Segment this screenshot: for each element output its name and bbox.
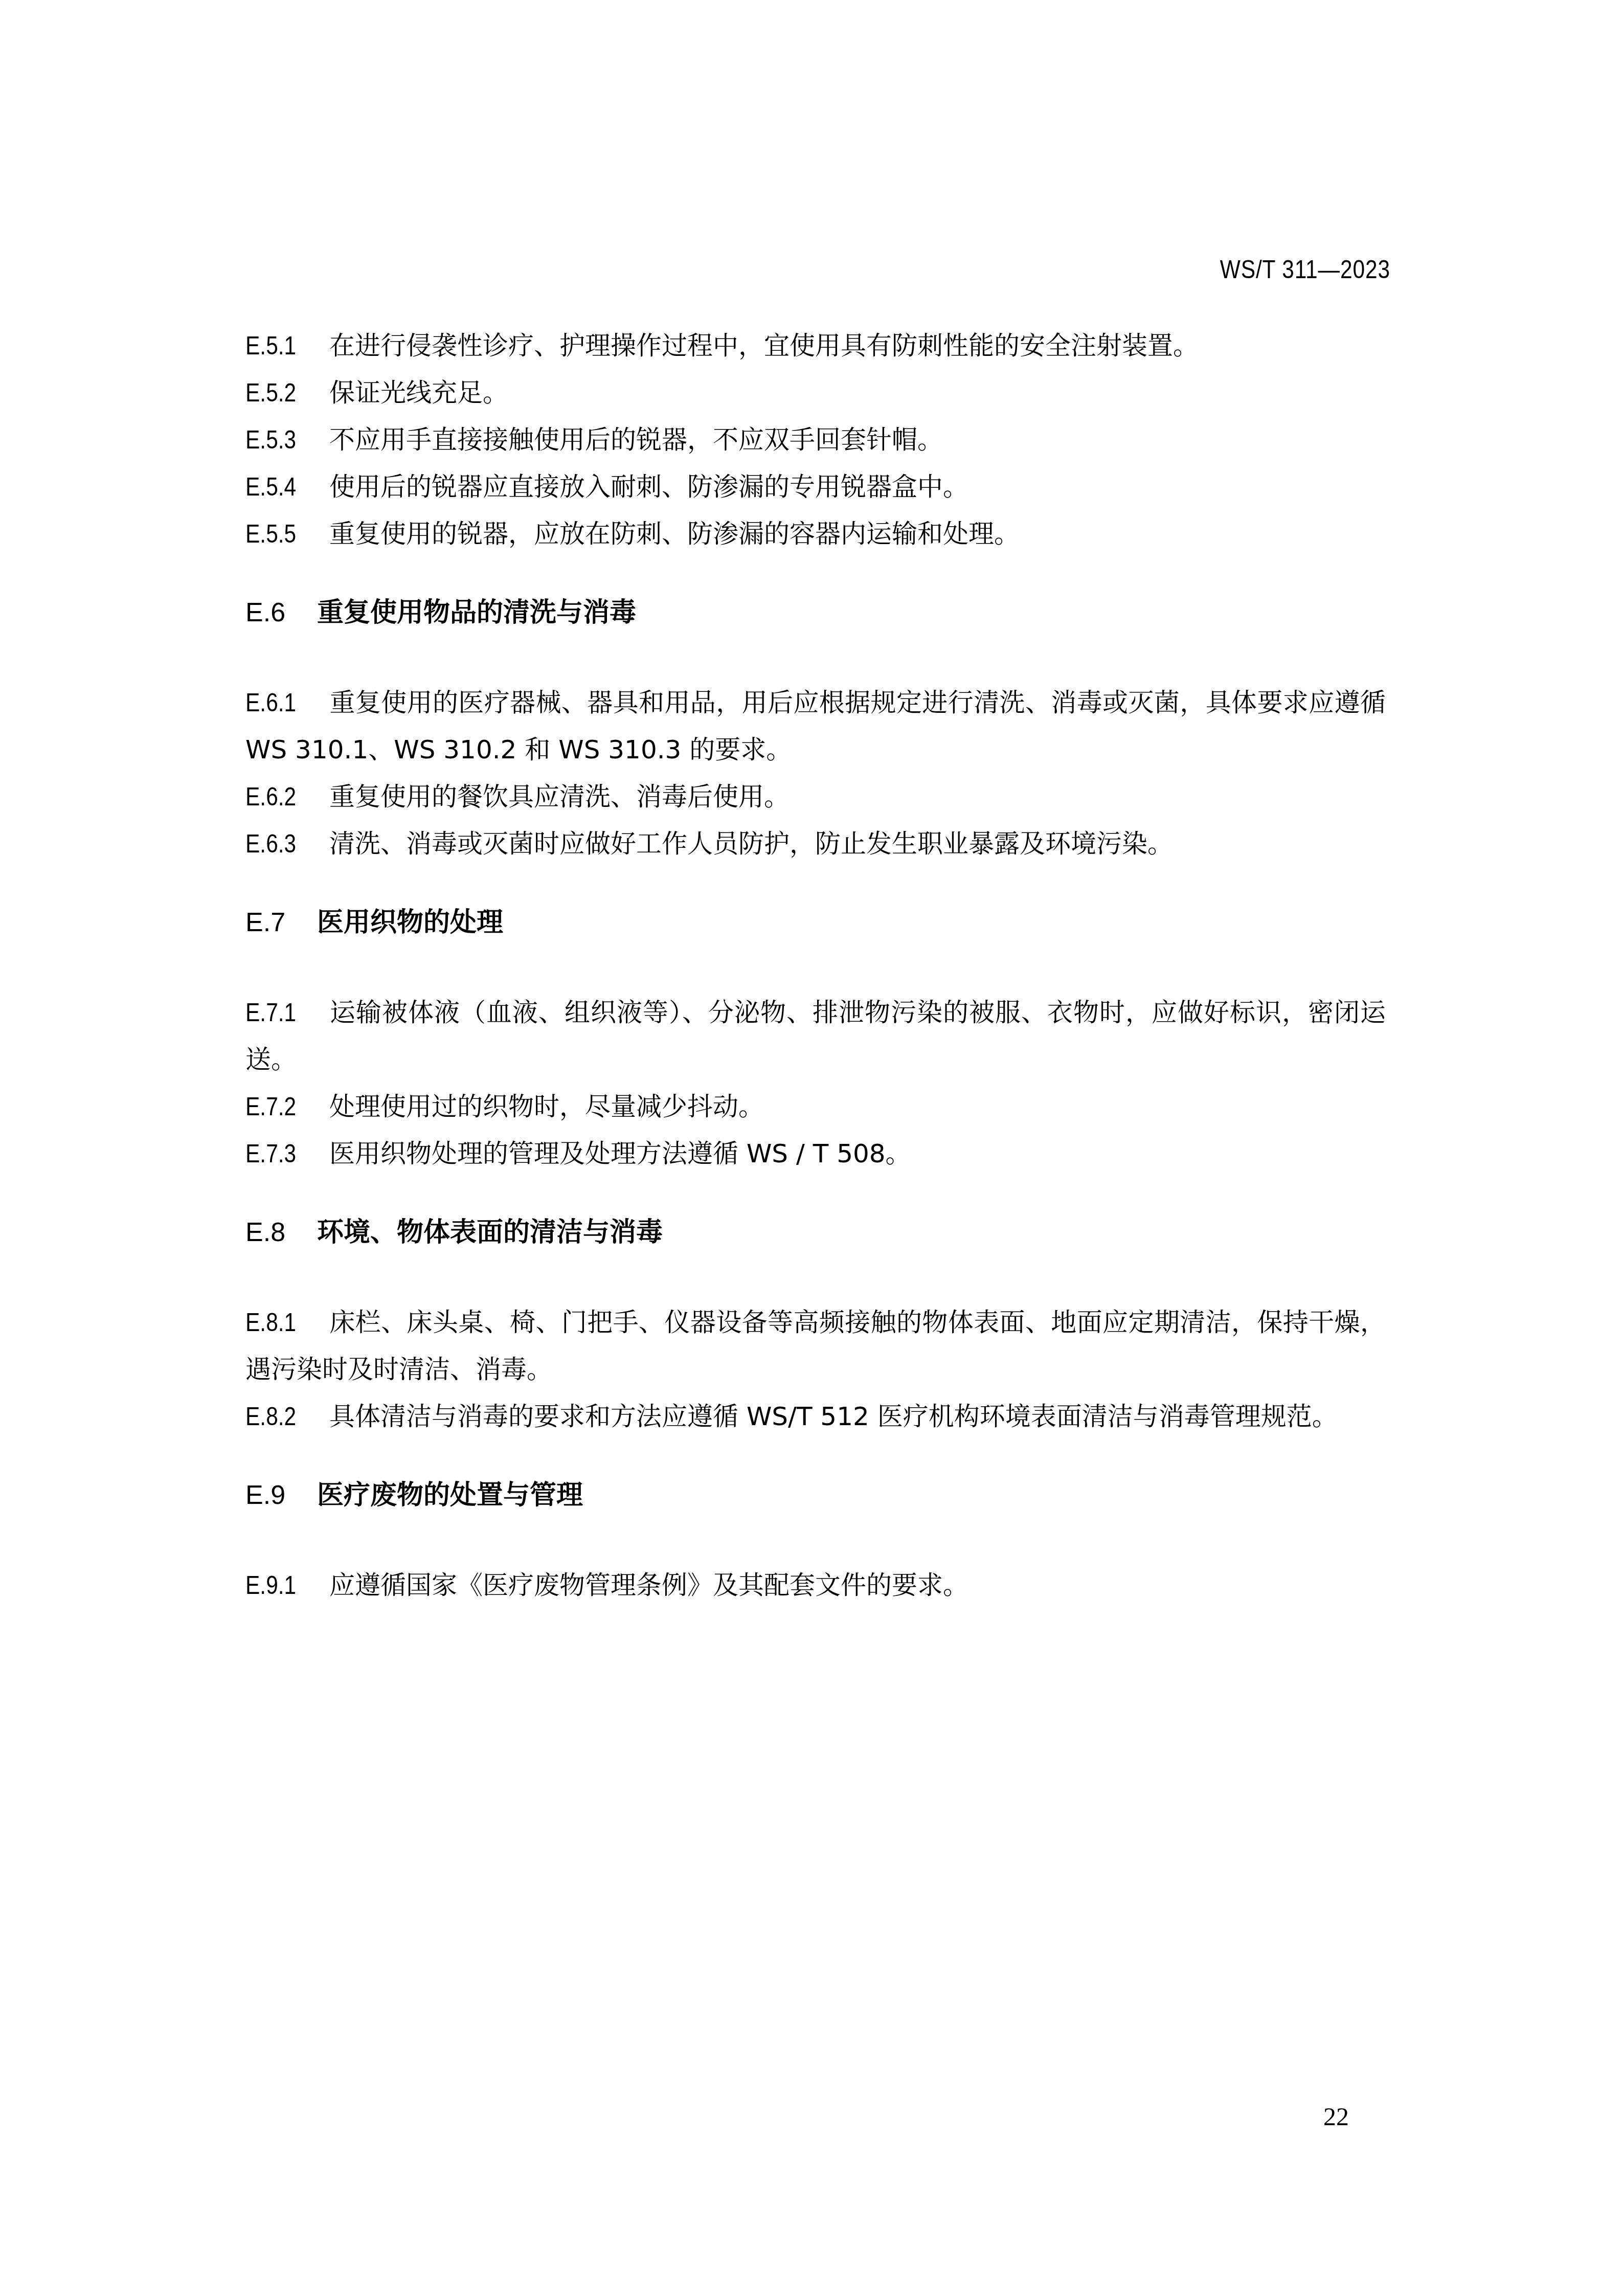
document-page: WS/T 311—2023 E.5.1在进行侵袭性诊疗、护理操作过程中，宜使用具…: [0, 0, 1623, 2296]
clause-text: 清洗、消毒或灭菌时应做好工作人员防护，防止发生职业暴露及环境污染。: [329, 829, 1173, 859]
clause-number: E.6.1: [245, 679, 311, 726]
section-e5: E.5.1在进行侵袭性诊疗、护理操作过程中，宜使用具有防刺性能的安全注射装置。 …: [245, 322, 1386, 557]
clause-number: E.5.4: [245, 463, 311, 510]
section-title: 环境、物体表面的清洁与消毒: [317, 1217, 663, 1248]
clause-e7-3: E.7.3医用织物处理的管理及处理方法遵循 WS / T 508。: [245, 1130, 1386, 1177]
clause-text: 重复使用的医疗器械、器具和用品，用后应根据规定进行清洗、消毒或灭菌，具体要求应遵…: [245, 688, 1386, 764]
section-title: 医用织物的处理: [317, 907, 503, 938]
clause-number: E.5.2: [245, 369, 311, 416]
clause-text: 处理使用过的织物时，尽量减少抖动。: [329, 1092, 764, 1121]
clause-number: E.5.1: [245, 322, 311, 369]
clause-number: E.9.1: [245, 1562, 311, 1609]
section-e8: E.8环境、物体表面的清洁与消毒 E.8.1床栏、床头桌、椅、门把手、仪器设备等…: [245, 1209, 1386, 1440]
clause-e5-1: E.5.1在进行侵袭性诊疗、护理操作过程中，宜使用具有防刺性能的安全注射装置。: [245, 322, 1386, 369]
clause-number: E.8.2: [245, 1393, 311, 1440]
clause-e5-3: E.5.3不应用手直接接触使用后的锐器，不应双手回套针帽。: [245, 416, 1386, 463]
clause-text: 运输被体液（血液、组织液等）、分泌物、排泄物污染的被服、衣物时，应做好标识，密闭…: [245, 998, 1386, 1074]
clause-text: 床栏、床头桌、椅、门把手、仪器设备等高频接触的物体表面、地面应定期清洁，保持干燥…: [245, 1308, 1386, 1384]
section-heading-e8: E.8环境、物体表面的清洁与消毒: [245, 1209, 1386, 1256]
clause-e8-1: E.8.1床栏、床头桌、椅、门把手、仪器设备等高频接触的物体表面、地面应定期清洁…: [245, 1299, 1386, 1393]
clause-number: E.5.5: [245, 510, 311, 557]
clause-number: E.8.1: [245, 1299, 311, 1346]
clause-text: 医用织物处理的管理及处理方法遵循 WS / T 508。: [329, 1139, 911, 1168]
clause-number: E.7.1: [245, 989, 311, 1036]
section-heading-e9: E.9医疗废物的处置与管理: [245, 1472, 1386, 1519]
section-e6: E.6重复使用物品的清洗与消毒 E.6.1重复使用的医疗器械、器具和用品，用后应…: [245, 589, 1386, 867]
clause-number: E.7.2: [245, 1083, 311, 1130]
clause-text: 应遵循国家《医疗废物管理条例》及其配套文件的要求。: [329, 1570, 968, 1600]
section-number: E.7: [245, 899, 317, 946]
clause-text: 不应用手直接接触使用后的锐器，不应双手回套针帽。: [329, 425, 943, 455]
clause-e8-2: E.8.2具体清洁与消毒的要求和方法应遵循 WS/T 512 医疗机构环境表面清…: [245, 1393, 1386, 1440]
clause-text: 在进行侵袭性诊疗、护理操作过程中，宜使用具有防刺性能的安全注射装置。: [329, 331, 1199, 361]
clause-number: E.6.3: [245, 820, 311, 867]
page-number: 22: [1323, 2102, 1349, 2131]
clause-text: 使用后的锐器应直接放入耐刺、防渗漏的专用锐器盒中。: [329, 472, 968, 502]
section-heading-e7: E.7医用织物的处理: [245, 899, 1386, 946]
clause-e7-2: E.7.2处理使用过的织物时，尽量减少抖动。: [245, 1083, 1386, 1130]
clause-e5-4: E.5.4使用后的锐器应直接放入耐刺、防渗漏的专用锐器盒中。: [245, 463, 1386, 510]
document-body: E.5.1在进行侵袭性诊疗、护理操作过程中，宜使用具有防刺性能的安全注射装置。 …: [245, 322, 1386, 1609]
clause-e6-1: E.6.1重复使用的医疗器械、器具和用品，用后应根据规定进行清洗、消毒或灭菌，具…: [245, 679, 1386, 773]
section-number: E.8: [245, 1209, 317, 1256]
section-number: E.6: [245, 589, 317, 636]
standard-code-header: WS/T 311—2023: [1220, 255, 1390, 284]
section-e9: E.9医疗废物的处置与管理 E.9.1应遵循国家《医疗废物管理条例》及其配套文件…: [245, 1472, 1386, 1609]
section-heading-e6: E.6重复使用物品的清洗与消毒: [245, 589, 1386, 636]
clause-e6-2: E.6.2重复使用的餐饮具应清洗、消毒后使用。: [245, 773, 1386, 820]
clause-e6-3: E.6.3清洗、消毒或灭菌时应做好工作人员防护，防止发生职业暴露及环境污染。: [245, 820, 1386, 867]
clause-number: E.7.3: [245, 1130, 311, 1177]
clause-text: 重复使用的餐饮具应清洗、消毒后使用。: [329, 782, 790, 812]
clause-e5-5: E.5.5重复使用的锐器，应放在防刺、防渗漏的容器内运输和处理。: [245, 510, 1386, 557]
section-number: E.9: [245, 1472, 317, 1519]
clause-e9-1: E.9.1应遵循国家《医疗废物管理条例》及其配套文件的要求。: [245, 1562, 1386, 1609]
clause-text: 具体清洁与消毒的要求和方法应遵循 WS/T 512 医疗机构环境表面清洁与消毒管…: [329, 1402, 1338, 1431]
clause-text: 重复使用的锐器，应放在防刺、防渗漏的容器内运输和处理。: [329, 519, 1020, 549]
clause-e7-1: E.7.1运输被体液（血液、组织液等）、分泌物、排泄物污染的被服、衣物时，应做好…: [245, 989, 1386, 1083]
clause-number: E.5.3: [245, 416, 311, 463]
clause-text: 保证光线充足。: [329, 378, 508, 408]
section-title: 重复使用物品的清洗与消毒: [317, 597, 636, 628]
section-title: 医疗废物的处置与管理: [317, 1480, 583, 1511]
section-e7: E.7医用织物的处理 E.7.1运输被体液（血液、组织液等）、分泌物、排泄物污染…: [245, 899, 1386, 1177]
clause-number: E.6.2: [245, 773, 311, 820]
clause-e5-2: E.5.2保证光线充足。: [245, 369, 1386, 416]
